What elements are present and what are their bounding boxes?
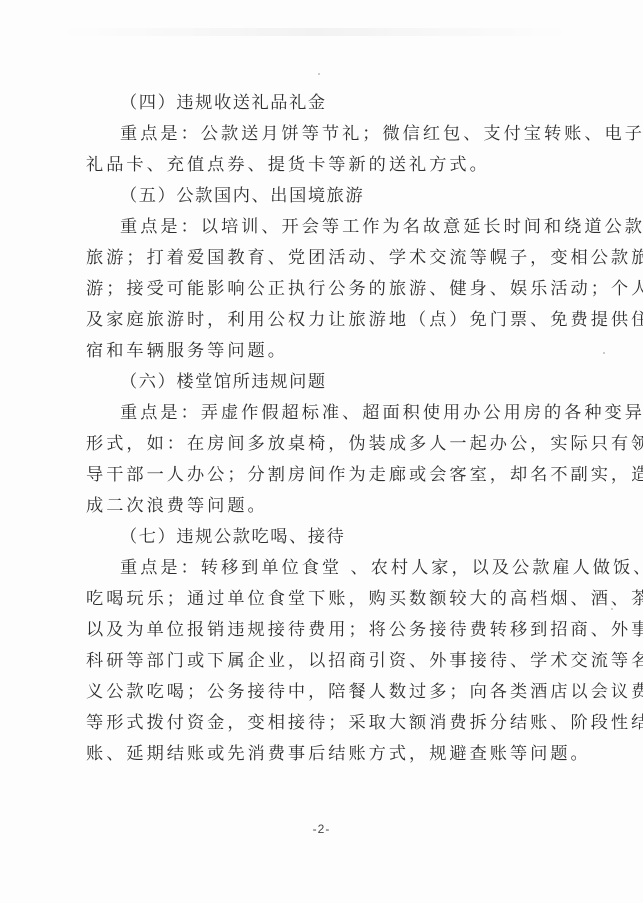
body-line: 重点是：公款送月饼等节礼；微信红包、支付宝转账、电子 [86, 119, 570, 150]
scan-speck [603, 352, 605, 354]
body-line: 账、延期结账或先消费事后结账方式，规避查账等问题。 [86, 739, 570, 770]
section-heading: （六）楼堂馆所违规问题 [86, 367, 570, 398]
body-line: 宿和车辆服务等问题。 [86, 336, 570, 367]
body-line: 科研等部门或下属企业，以招商引资、外事接待、学术交流等名 [86, 646, 570, 677]
page-number: -2- [0, 822, 643, 836]
body-line: 导干部一人办公；分割房间作为走廊或会客室，却名不副实，造 [86, 460, 570, 491]
document-page: （四）违规收送礼品礼金 重点是：公款送月饼等节礼；微信红包、支付宝转账、电子 礼… [0, 0, 643, 903]
body-line: 游；接受可能影响公正执行公务的旅游、健身、娱乐活动；个人 [86, 274, 570, 305]
section-heading: （五）公款国内、出国境旅游 [86, 181, 570, 212]
scan-speck [605, 688, 607, 690]
body-line: 等形式拨付资金，变相接待；采取大额消费拆分结账、阶段性结 [86, 708, 570, 739]
scan-speck [611, 608, 613, 610]
section-heading: （七）违规公款吃喝、接待 [86, 522, 570, 553]
body-line: 义公款吃喝；公务接待中，陪餐人数过多；向各类酒店以会议费 [86, 677, 570, 708]
section-heading: （四）违规收送礼品礼金 [86, 88, 570, 119]
body-line: 吃喝玩乐；通过单位食堂下账，购买数额较大的高档烟、酒、茶， [86, 584, 570, 615]
body-line: 以及为单位报销违规接待费用；将公务接待费转移到招商、外事、 [86, 615, 570, 646]
scan-artifact [60, 28, 570, 36]
body-line: 重点是：弄虚作假超标准、超面积使用办公用房的各种变异 [86, 398, 570, 429]
document-body: （四）违规收送礼品礼金 重点是：公款送月饼等节礼；微信红包、支付宝转账、电子 礼… [86, 88, 570, 770]
body-line: 礼品卡、充值点券、提货卡等新的送礼方式。 [86, 150, 570, 181]
body-line: 重点是：以培训、开会等工作为名故意延长时间和绕道公款 [86, 212, 570, 243]
body-line: 旅游；打着爱国教育、党团活动、学术交流等幌子，变相公款旅 [86, 243, 570, 274]
scan-speck [318, 73, 320, 75]
body-line: 重点是：转移到单位食堂 、农村人家，以及公款雇人做饭、 [86, 553, 570, 584]
body-line: 形式，如：在房间多放桌椅，伪装成多人一起办公，实际只有领 [86, 429, 570, 460]
body-line: 成二次浪费等问题。 [86, 491, 570, 522]
body-line: 及家庭旅游时，利用公权力让旅游地（点）免门票、免费提供住 [86, 305, 570, 336]
